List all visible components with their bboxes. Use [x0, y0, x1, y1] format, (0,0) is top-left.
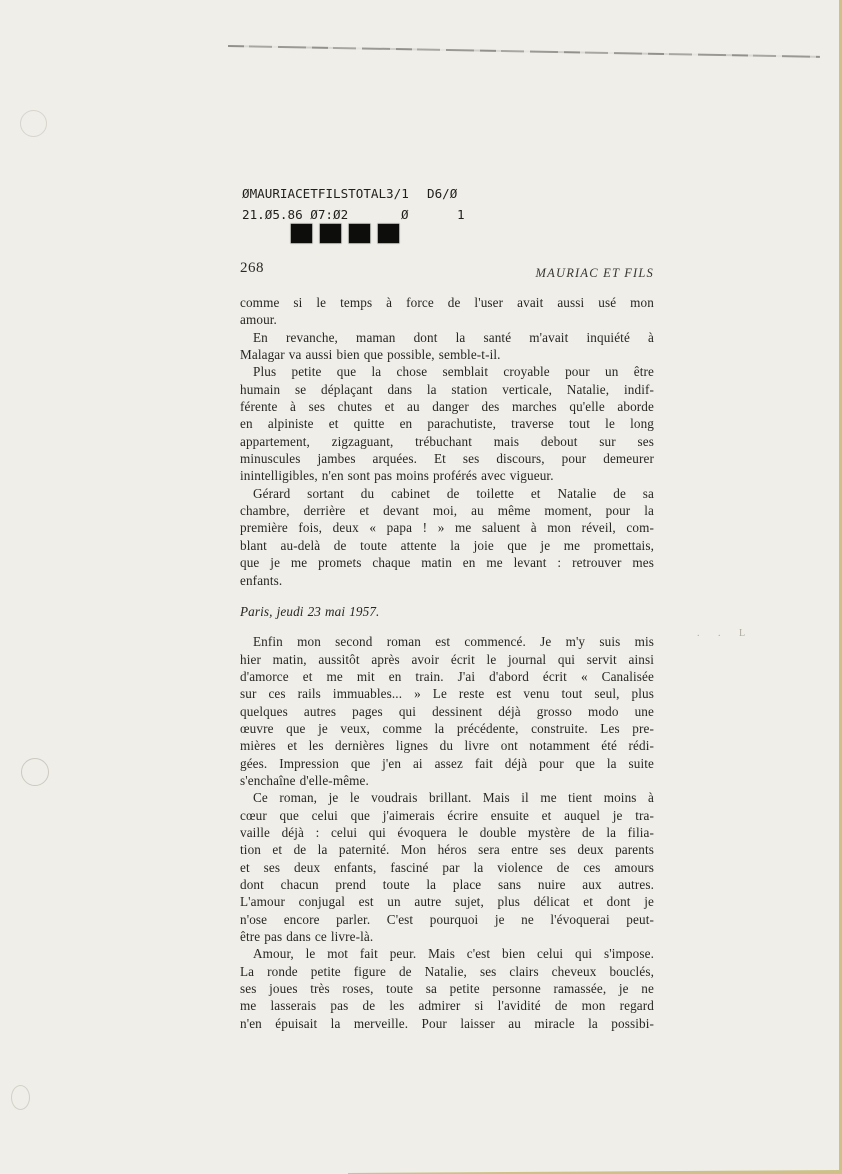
text-line: appartement, zigzaguant, trébuchant mais… [240, 433, 654, 450]
header-col1: Ø [401, 207, 409, 222]
text-line: Gérard sortant du cabinet de toilette et… [240, 485, 654, 502]
header-code: ØMAURIACETFILSTOTAL3/1 [242, 186, 409, 201]
date-heading: Paris, jeudi 23 mai 1957. [240, 603, 654, 620]
text-line: amour. [240, 311, 654, 328]
pencil-mark: . . L [697, 628, 753, 639]
text-line: gées. Impression que j'en ai assez fait … [240, 755, 654, 772]
text-line: férente à ses chutes et au danger des ma… [240, 398, 654, 415]
page-number: 268 [240, 260, 264, 277]
header-datetime: 21.Ø5.86 Ø7:Ø2 [242, 207, 348, 222]
text-line: comme si le temps à force de l'user avai… [240, 294, 654, 311]
text-line: œuvre que je veux, comme la précédente, … [240, 720, 654, 737]
text-line: blant au-delà de toute attente la joie q… [240, 537, 654, 554]
text-line: première fois, deux « papa ! » me saluen… [240, 519, 654, 536]
hole-punch-mark [11, 1085, 30, 1110]
text-line: me lasserais pas de les admirer si l'avi… [240, 997, 654, 1014]
hole-punch-mark [21, 758, 49, 786]
scan-dashed-line [228, 45, 820, 57]
text-line: tion et de la paternité. Mon héros sera … [240, 841, 654, 858]
text-line: cœur que celui que j'aimerais écrire ens… [240, 807, 654, 824]
black-square [378, 224, 399, 243]
text-line: n'ose encore parler. C'est pourquoi je n… [240, 911, 654, 928]
running-title: MAURIAC ET FILS [440, 266, 654, 281]
text-line: En revanche, maman dont la santé m'avait… [240, 329, 654, 346]
text-line: Malagar va aussi bien que possible, semb… [240, 346, 654, 363]
text-line: et ses deux enfants, fasciné par la viol… [240, 859, 654, 876]
text-line: quelques autres pages qui dessinent déjà… [240, 703, 654, 720]
text-line: inintelligibles, n'en sont pas moins pro… [240, 467, 654, 484]
hole-punch-mark [20, 110, 47, 137]
scan-edge-bottom [348, 1170, 842, 1174]
text-line: être pas dans ce livre-là. [240, 928, 654, 945]
text-line: Amour, le mot fait peur. Mais c'est bien… [240, 945, 654, 962]
text-line: humain se déplaçant dans la station vert… [240, 381, 654, 398]
text-line: hier matin, aussitôt après avoir écrit l… [240, 651, 654, 668]
text-line: Plus petite que la chose semblait croyab… [240, 363, 654, 380]
text-line: vaille déjà : celui qui évoquera le doub… [240, 824, 654, 841]
text-line: ses joues très roses, toute sa petite pe… [240, 980, 654, 997]
text-line: s'enchaîne d'elle-même. [240, 772, 654, 789]
text-line: en alpiniste et quitte en parachutiste, … [240, 415, 654, 432]
header-ref: D6/Ø [427, 186, 457, 201]
text-line: sur ces rails immuables... » Le reste es… [240, 685, 654, 702]
text-line: dont chacun prend toute la place sans nu… [240, 876, 654, 893]
body-text: comme si le temps à force de l'user avai… [240, 294, 654, 1032]
text-line: n'en épuisait la merveille. Pour laisser… [240, 1015, 654, 1032]
black-square [349, 224, 370, 243]
text-line: minuscules jambes arquées. Et ses discou… [240, 450, 654, 467]
text-line: d'amorce et me mit en train. J'ai d'abor… [240, 668, 654, 685]
text-line: mières et les dernières lignes du livre … [240, 737, 654, 754]
text-line: que je me promets chaque matin en me lev… [240, 554, 654, 571]
text-line: Enfin mon second roman est commencé. Je … [240, 633, 654, 650]
text-line: chambre, derrière et devant moi, au même… [240, 502, 654, 519]
black-square [291, 224, 312, 243]
text-line: La ronde petite figure de Natalie, ses c… [240, 963, 654, 980]
scanned-page: ØMAURIACETFILSTOTAL3/1 D6/Ø 21.Ø5.86 Ø7:… [0, 0, 842, 1174]
text-line: Ce roman, je le voudrais brillant. Mais … [240, 789, 654, 806]
ink-squares [291, 224, 399, 243]
text-line: L'amour conjugal est un autre sujet, plu… [240, 893, 654, 910]
header-col2: 1 [457, 207, 465, 222]
text-line: enfants. [240, 572, 654, 589]
black-square [320, 224, 341, 243]
